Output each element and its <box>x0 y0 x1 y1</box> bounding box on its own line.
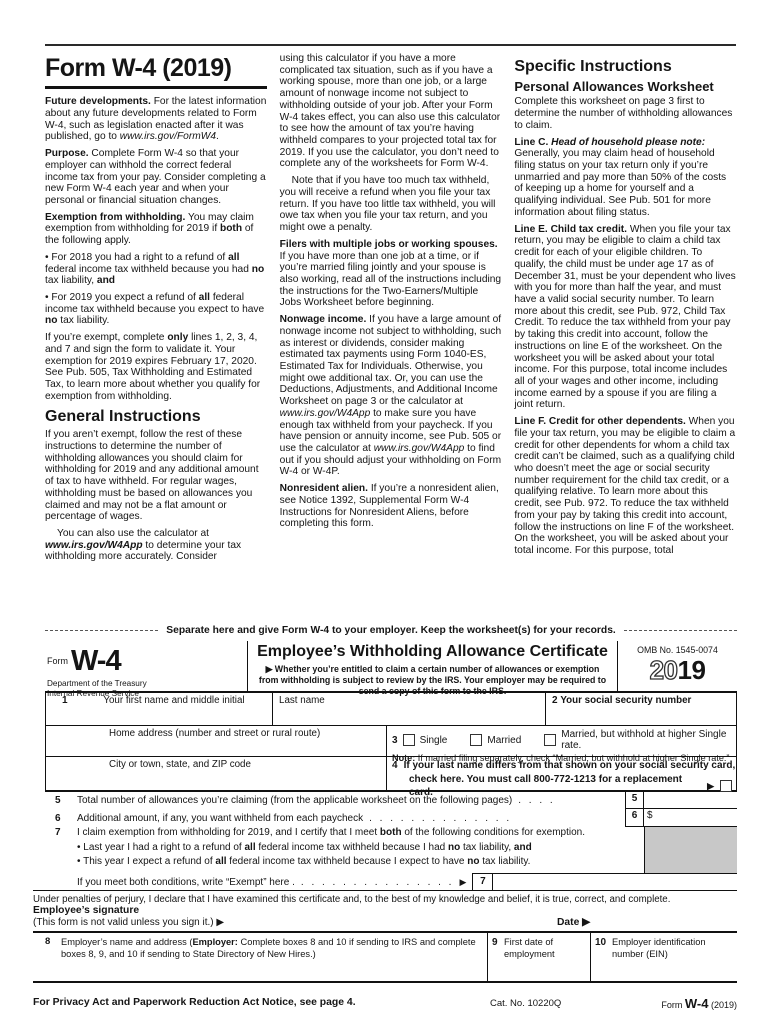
first-name-label: Your first name and middle initial <box>103 695 244 706</box>
line5-number: 5 <box>55 795 77 806</box>
tax-year: 2019 <box>618 657 737 683</box>
text-segment: Line E. Child tax credit. <box>514 224 627 235</box>
date-label: Date ▶ <box>557 916 590 928</box>
single-checkbox[interactable] <box>403 734 415 746</box>
text-segment: • For 2019 you expect a refund of <box>45 292 199 303</box>
text-segment: of the following conditions for exemptio… <box>402 827 585 838</box>
text-segment: • For 2018 you had a right to a refund o… <box>45 252 228 263</box>
instructions-column-1: Form W-4 (2019)Future developments. For … <box>45 53 267 623</box>
privacy-act-notice: For Privacy Act and Paperwork Reduction … <box>33 997 356 1008</box>
line5-dot-leader: . . . . <box>518 795 552 806</box>
line7-exemption: 7 I claim exemption from withholding for… <box>45 827 737 873</box>
form-subtitle: ▶ Whether you’re entitled to claim a cer… <box>256 664 609 697</box>
row-address-status: Home address (number and street or rural… <box>46 726 736 757</box>
line7-intro: I claim exemption from withholding for 2… <box>77 827 585 839</box>
form-title: Employee’s Withholding Allowance Certifi… <box>256 643 609 661</box>
text-segment: all <box>215 856 226 867</box>
text-segment: • Last year I had a right to a refund of <box>77 842 245 853</box>
paragraph: You can also use the calculator at www.i… <box>45 528 267 563</box>
first-date-employment-input[interactable]: 9 First date of employment <box>487 933 590 981</box>
text-segment: When you file your tax return, you may b… <box>514 416 735 556</box>
married-higher-rate-checkbox[interactable] <box>544 734 556 746</box>
paragraph: Line F. Credit for other dependents. Whe… <box>514 416 736 557</box>
text-segment: If you have a large amount of nonwage in… <box>280 314 501 407</box>
arrow-right-icon: ▶ <box>459 877 466 888</box>
text-segment: Complete this worksheet on page 3 first … <box>514 96 732 130</box>
row-city-namediff: City or town, state, and ZIP code 4 If y… <box>46 757 736 792</box>
cut-separator: Separate here and give Form W-4 to your … <box>45 623 737 637</box>
perjury-statement: Under penalties of perjury, I declare th… <box>33 894 737 905</box>
year-solid-part: 19 <box>678 655 706 685</box>
separator-text: Separate here and give Form W-4 to your … <box>166 625 616 636</box>
line6-dot-leader: . . . . . . . . . . . . . . <box>369 813 509 824</box>
footer-form-number: W-4 <box>685 996 709 1011</box>
first-date-label: First date of employment <box>504 936 588 981</box>
employer-name-address-input[interactable]: 8 Employer’s name and address (Employer:… <box>33 933 487 981</box>
form-header-omb-block: OMB No. 1545-0074 2019 <box>618 641 737 691</box>
paragraph: Purpose. Complete Form W-4 so that your … <box>45 148 267 207</box>
text-segment: Generally, you may claim head of househo… <box>514 148 726 218</box>
section-heading: Specific Instructions <box>514 59 736 76</box>
paragraph: Future developments. For the latest info… <box>45 96 267 143</box>
paragraph: Nonresident alien. If you’re a nonreside… <box>280 483 502 530</box>
paragraph: using this calculator if you have a more… <box>280 53 502 170</box>
ein-label: Employer identification number (EIN) <box>612 936 735 981</box>
line4-number: 4 <box>392 759 398 773</box>
line9-number: 9 <box>492 936 504 981</box>
paragraph: If you aren’t exempt, follow the rest of… <box>45 429 267 523</box>
text-segment: no <box>252 264 264 275</box>
w4-form-page: Form W-4 (2019)Future developments. For … <box>0 0 770 1024</box>
text-segment: www.irs.gov/FormW4 <box>120 131 216 142</box>
certificate-section: Separate here and give Form W-4 to your … <box>33 621 737 1012</box>
name-differs-checkbox[interactable] <box>720 780 732 792</box>
exempt-dot-leader: . . . . . . . . . . . . . . . <box>301 877 452 888</box>
separator-dashes-right <box>624 630 737 631</box>
text-segment: tax liability. <box>57 315 109 326</box>
paragraph: • For 2019 you expect a refund of all fe… <box>45 292 267 327</box>
page-top-rule <box>45 44 736 46</box>
form-header: FormW-4 Department of the Treasury Inter… <box>45 641 737 693</box>
line10-number: 10 <box>595 936 612 981</box>
text-segment: You can also use the calculator at <box>57 528 209 539</box>
form-number: W-4 <box>71 645 121 677</box>
city-state-zip-input[interactable]: City or town, state, and ZIP code <box>46 757 387 790</box>
text-segment: www.irs.gov/W4App <box>45 540 143 551</box>
omb-number: OMB No. 1545-0074 <box>618 645 737 655</box>
text-segment: only <box>167 332 188 343</box>
text-segment: Line F. Credit for other dependents. <box>514 416 686 427</box>
text-segment: Nonresident alien. <box>280 483 368 494</box>
text-segment: • This year I expect a refund of <box>77 856 215 867</box>
additional-amount-input[interactable]: $ <box>644 809 737 827</box>
text-segment: all <box>228 252 239 263</box>
home-address-label: Home address (number and street or rural… <box>109 728 320 739</box>
arrow-right-icon: ▶ <box>707 780 714 792</box>
line1-number: 1 <box>62 695 68 706</box>
text-segment: no <box>448 842 460 853</box>
footer-form-year: (2019) <box>708 1000 737 1010</box>
text-segment: Note that if you have too much tax withh… <box>280 175 496 233</box>
text-segment: using this calculator if you have a more… <box>280 53 500 169</box>
home-address-input[interactable]: Home address (number and street or rural… <box>46 726 387 756</box>
ssn-input[interactable]: 2 Your social security number <box>546 693 736 725</box>
name-differs-line1: If your last name differs from that show… <box>404 759 736 773</box>
catalog-number: Cat. No. 10220Q <box>490 998 561 1009</box>
allowances-value-input[interactable] <box>644 792 737 809</box>
line2-number: 2 <box>552 695 558 706</box>
text-segment: tax liability, <box>460 842 514 853</box>
filing-status-group: 3 Single Married Married, but withhold a… <box>387 726 736 756</box>
line6-number: 6 <box>55 813 77 824</box>
text-segment: If you have more than one job at a time,… <box>280 251 501 309</box>
text-segment: Head of household please note: <box>551 137 705 148</box>
text-segment: Personal Allowances Worksheet <box>514 79 713 94</box>
text-segment: www.irs.gov/W4App <box>280 408 371 419</box>
line5-label: Total number of allowances you’re claimi… <box>77 795 512 806</box>
text-segment: General Instructions <box>45 408 201 425</box>
text-segment: both <box>380 827 402 838</box>
text-segment: Specific Instructions <box>514 58 671 75</box>
text-segment: all <box>199 292 210 303</box>
text-segment: federal income tax withheld because I ex… <box>227 856 468 867</box>
paragraph: Line C. Head of household please note: G… <box>514 137 736 219</box>
footer-form-id: Form W-4 (2019) <box>661 996 737 1011</box>
text-segment: Future developments. <box>45 96 151 107</box>
ein-input[interactable]: 10 Employer identification number (EIN) <box>590 933 737 981</box>
row-name-ssn: 1 Your first name and middle initial Las… <box>46 693 736 726</box>
ssn-label: Your social security number <box>560 695 691 706</box>
text-segment: www.irs.gov/W4App <box>374 443 465 454</box>
text-segment: Purpose. <box>45 148 89 159</box>
paragraph: Complete this worksheet on page 3 first … <box>514 96 736 131</box>
married-checkbox[interactable] <box>470 734 482 746</box>
text-segment: If you’re exempt, complete <box>45 332 167 343</box>
separator-dashes-left <box>45 630 158 631</box>
line7-bullet1: • Last year I had a right to a refund of… <box>77 842 644 854</box>
line7-bullet2: • This year I expect a refund of all fed… <box>77 856 644 868</box>
text-segment: If you aren’t exempt, follow the rest of… <box>45 429 259 522</box>
employer-instructions: Employer’s name and address (Employer: C… <box>61 936 483 981</box>
paragraph: If you’re exempt, complete only lines 1,… <box>45 332 267 402</box>
signature-input[interactable] <box>263 905 543 931</box>
text-segment: Line C. <box>514 137 551 148</box>
instructions-column-3: Specific InstructionsPersonal Allowances… <box>514 53 736 623</box>
form-header-agency: FormW-4 Department of the Treasury Inter… <box>45 641 248 691</box>
dollar-sign: $ <box>647 810 653 821</box>
line5-allowances: 5 Total number of allowances you’re clai… <box>45 792 737 809</box>
text-segment: Employer: <box>192 937 237 947</box>
paragraph: Line E. Child tax credit. When you file … <box>514 224 736 412</box>
line6-box-number: 6 <box>625 809 644 827</box>
page-footer: For Privacy Act and Paperwork Reduction … <box>33 996 737 1012</box>
text-segment: both <box>220 223 242 234</box>
paragraph: • For 2018 you had a right to a refund o… <box>45 252 267 287</box>
text-segment: Exemption from withholding. <box>45 212 185 223</box>
form-header-title-block: Employee’s Withholding Allowance Certifi… <box>248 641 618 691</box>
text-segment: no <box>467 856 479 867</box>
exempt-text: If you meet both conditions, write “Exem… <box>45 877 295 888</box>
text-segment: tax liability, <box>45 275 97 286</box>
exempt-writein-row: If you meet both conditions, write “Exem… <box>45 873 737 891</box>
text-segment: Nonwage income. <box>280 314 367 325</box>
section-heading: Personal Allowances Worksheet <box>514 80 736 94</box>
text-segment: When you file your tax return, you may b… <box>514 224 735 411</box>
instructions-column-2: using this calculator if you have a more… <box>280 53 502 623</box>
text-segment: and <box>97 275 115 286</box>
text-segment: federal income tax withheld because you … <box>45 264 252 275</box>
name-differs-group: 4 If your last name differs from that sh… <box>387 757 736 790</box>
instructions-section: Form W-4 (2019)Future developments. For … <box>45 53 736 623</box>
footer-form-word: Form <box>661 1000 685 1010</box>
married-higher-rate-label: Married, but withhold at higher Single r… <box>561 729 736 751</box>
text-segment: Form W-4 (2019) <box>45 54 231 82</box>
date-input[interactable] <box>599 905 737 931</box>
year-outline-part: 20 <box>650 655 678 685</box>
text-segment: Employer’s name and address ( <box>61 937 192 947</box>
text-segment: and <box>514 842 532 853</box>
shaded-nonentry-area <box>644 827 737 873</box>
text-segment: federal income tax withheld because I ha… <box>256 842 448 853</box>
line3-number: 3 <box>392 735 398 746</box>
married-label: Married <box>487 735 521 746</box>
last-name-label: Last name <box>279 695 325 706</box>
text-segment: all <box>245 842 256 853</box>
identity-grid: 1 Your first name and middle initial Las… <box>45 693 737 792</box>
line8-number: 8 <box>45 936 61 981</box>
dept-treasury: Department of the Treasury <box>47 679 243 689</box>
form-word: Form <box>47 656 68 666</box>
exempt-writein-input[interactable] <box>493 873 737 891</box>
line6-additional-amount: 6 Additional amount, if any, you want wi… <box>45 809 737 827</box>
line5-box-number: 5 <box>625 792 644 809</box>
line6-label: Additional amount, if any, you want with… <box>77 813 363 824</box>
text-segment: no <box>45 315 57 326</box>
city-label: City or town, state, and ZIP code <box>109 759 251 770</box>
section-heading: Form W-4 (2019) <box>45 55 267 89</box>
paragraph: Filers with multiple jobs or working spo… <box>280 239 502 309</box>
text-segment: I claim exemption from withholding for 2… <box>77 827 380 838</box>
first-name-input[interactable]: 1 Your first name and middle initial <box>46 693 273 725</box>
text-segment: tax liability. <box>479 856 530 867</box>
paragraph: Nonwage income. If you have a large amou… <box>280 314 502 478</box>
line7-number: 7 <box>55 827 77 839</box>
text-segment: Filers with multiple jobs or working spo… <box>280 239 498 250</box>
single-label: Single <box>420 735 448 746</box>
section-heading: General Instructions <box>45 409 267 426</box>
employer-row: 8 Employer’s name and address (Employer:… <box>33 933 737 983</box>
last-name-input[interactable]: Last name <box>273 693 546 725</box>
signature-row: Employee’s signature (This form is not v… <box>33 905 737 933</box>
paragraph: Note that if you have too much tax withh… <box>280 175 502 234</box>
paragraph: Exemption from withholding. You may clai… <box>45 212 267 247</box>
line7-box-number: 7 <box>472 873 493 891</box>
text-segment: . <box>216 131 219 142</box>
